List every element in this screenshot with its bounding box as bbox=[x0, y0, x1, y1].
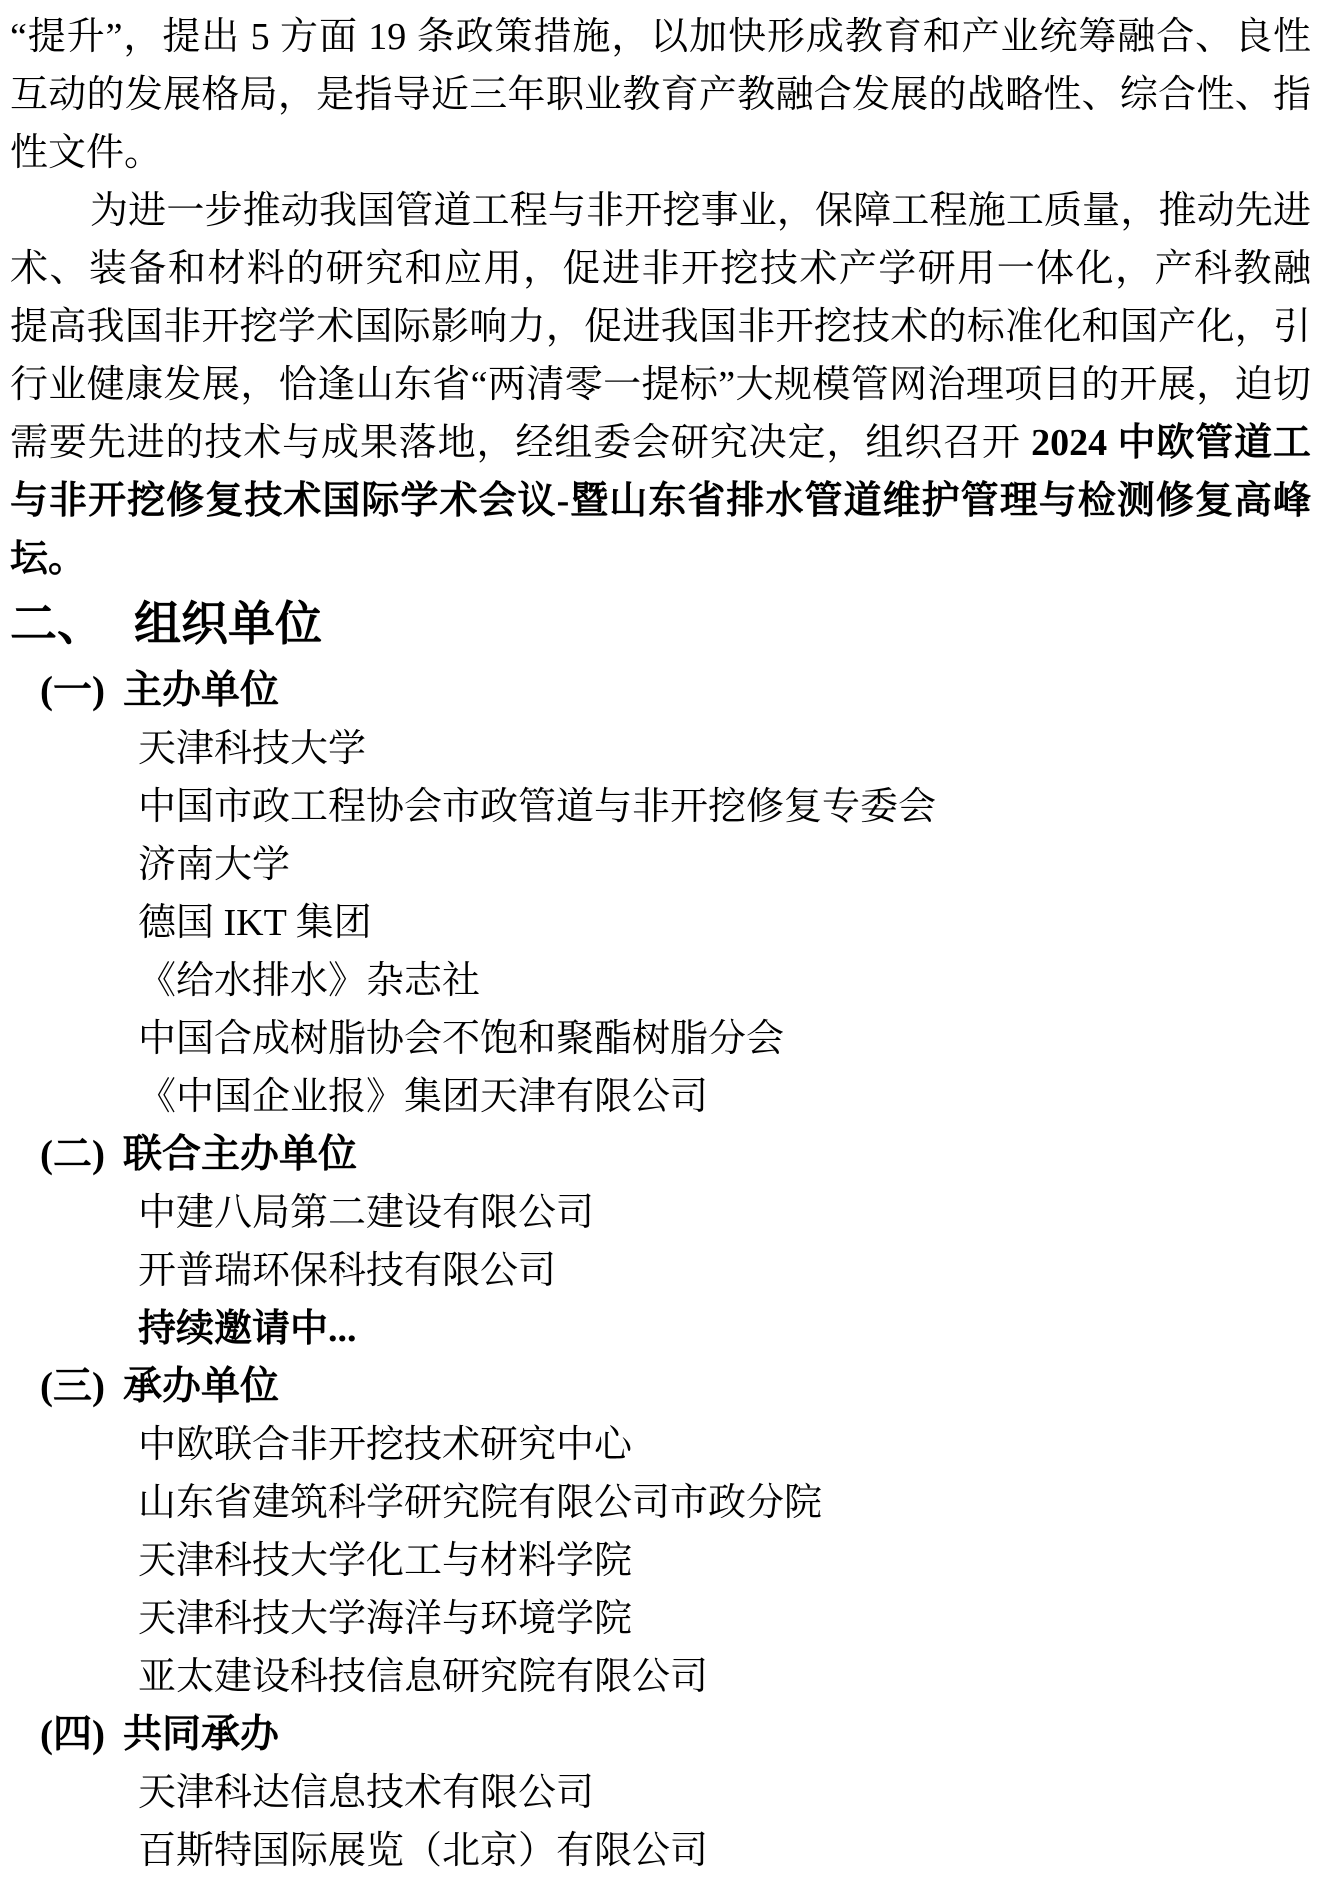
org-item: 天津科技大学化工与材料学院 bbox=[10, 1532, 1311, 1590]
conference-name-line: 坛。 bbox=[10, 530, 1311, 588]
paragraph-text: 需要先进的技术与成果落地，经组委会研究决定，组织召开 bbox=[10, 422, 1031, 464]
org-item: 《给水排水》杂志社 bbox=[10, 952, 1311, 1010]
paragraph-line: 需要先进的技术与成果落地，经组委会研究决定，组织召开 2024 中欧管道工程 bbox=[10, 414, 1311, 472]
subsection-title: 主办单位 bbox=[123, 669, 279, 712]
section-number: 二、 bbox=[10, 599, 104, 651]
org-item: 《中国企业报》集团天津有限公司 bbox=[10, 1068, 1311, 1126]
org-item: 济南大学 bbox=[10, 836, 1311, 894]
paragraph-line: 提高我国非开挖学术国际影响力，促进我国非开挖技术的标准化和国产化，引领 bbox=[10, 298, 1311, 356]
subsection-label: (二) bbox=[40, 1133, 105, 1176]
org-item: 中欧联合非开挖技术研究中心 bbox=[10, 1416, 1311, 1474]
paragraph-line: 行业健康发展，恰逢山东省“两清零一提标”大规模管网治理项目的开展，迫切 bbox=[10, 356, 1311, 414]
subsection-label: (三) bbox=[40, 1365, 105, 1408]
subsection-label: (四) bbox=[40, 1713, 105, 1756]
org-item: 百斯特国际展览（北京）有限公司 bbox=[10, 1822, 1311, 1880]
document-page: “提升”，提出 5 方面 19 条政策措施，以加快形成教育和产业统筹融合、良性 … bbox=[0, 0, 1321, 1889]
org-item: 中国市政工程协会市政管道与非开挖修复专委会 bbox=[10, 778, 1311, 836]
section-heading: 二、组织单位 bbox=[10, 596, 1311, 654]
subsection-title: 共同承办 bbox=[123, 1713, 279, 1756]
org-item: 开普瑞环保科技有限公司 bbox=[10, 1242, 1311, 1300]
subsection-title: 联合主办单位 bbox=[123, 1133, 357, 1176]
conference-name-line: 与非开挖修复技术国际学术会议-暨山东省排水管道维护管理与检测修复高峰论 bbox=[10, 472, 1311, 530]
subsection-heading-hosts: (一)主办单位 bbox=[10, 662, 1311, 720]
org-item: 天津科技大学 bbox=[10, 720, 1311, 778]
org-item: 天津科技大学海洋与环境学院 bbox=[10, 1590, 1311, 1648]
paragraph-line: 术、装备和材料的研究和应用，促进非开挖技术产学研用一体化，产科教融合， bbox=[10, 240, 1311, 298]
subsection-title: 承办单位 bbox=[123, 1365, 279, 1408]
org-item: 中建八局第二建设有限公司 bbox=[10, 1184, 1311, 1242]
paragraph-line: 性文件。 bbox=[10, 124, 1311, 182]
org-item: 天津科达信息技术有限公司 bbox=[10, 1764, 1311, 1822]
subsection-label: (一) bbox=[40, 669, 105, 712]
section-title: 组织单位 bbox=[134, 599, 322, 651]
ongoing-invitation-note: 持续邀请中... bbox=[10, 1300, 1311, 1358]
paragraph-line: “提升”，提出 5 方面 19 条政策措施，以加快形成教育和产业统筹融合、良性 bbox=[10, 8, 1311, 66]
org-item: 中国合成树脂协会不饱和聚酯树脂分会 bbox=[10, 1010, 1311, 1068]
intro-paragraph: “提升”，提出 5 方面 19 条政策措施，以加快形成教育和产业统筹融合、良性 … bbox=[10, 8, 1311, 182]
paragraph-line: 互动的发展格局，是指导近三年职业教育产教融合发展的战略性、综合性、指导 bbox=[10, 66, 1311, 124]
subsection-heading-coorganizers: (四)共同承办 bbox=[10, 1706, 1311, 1764]
subsection-heading-organizers: (三)承办单位 bbox=[10, 1358, 1311, 1416]
org-item: 山东省建筑科学研究院有限公司市政分院 bbox=[10, 1474, 1311, 1532]
org-item: 德国 IKT 集团 bbox=[10, 894, 1311, 952]
subsection-heading-cohosts: (二)联合主办单位 bbox=[10, 1126, 1311, 1184]
org-item: 亚太建设科技信息研究院有限公司 bbox=[10, 1648, 1311, 1706]
paragraph-line: 为进一步推动我国管道工程与非开挖事业，保障工程施工质量，推动先进技 bbox=[10, 182, 1311, 240]
conference-paragraph: 为进一步推动我国管道工程与非开挖事业，保障工程施工质量，推动先进技 术、装备和材… bbox=[10, 182, 1311, 588]
